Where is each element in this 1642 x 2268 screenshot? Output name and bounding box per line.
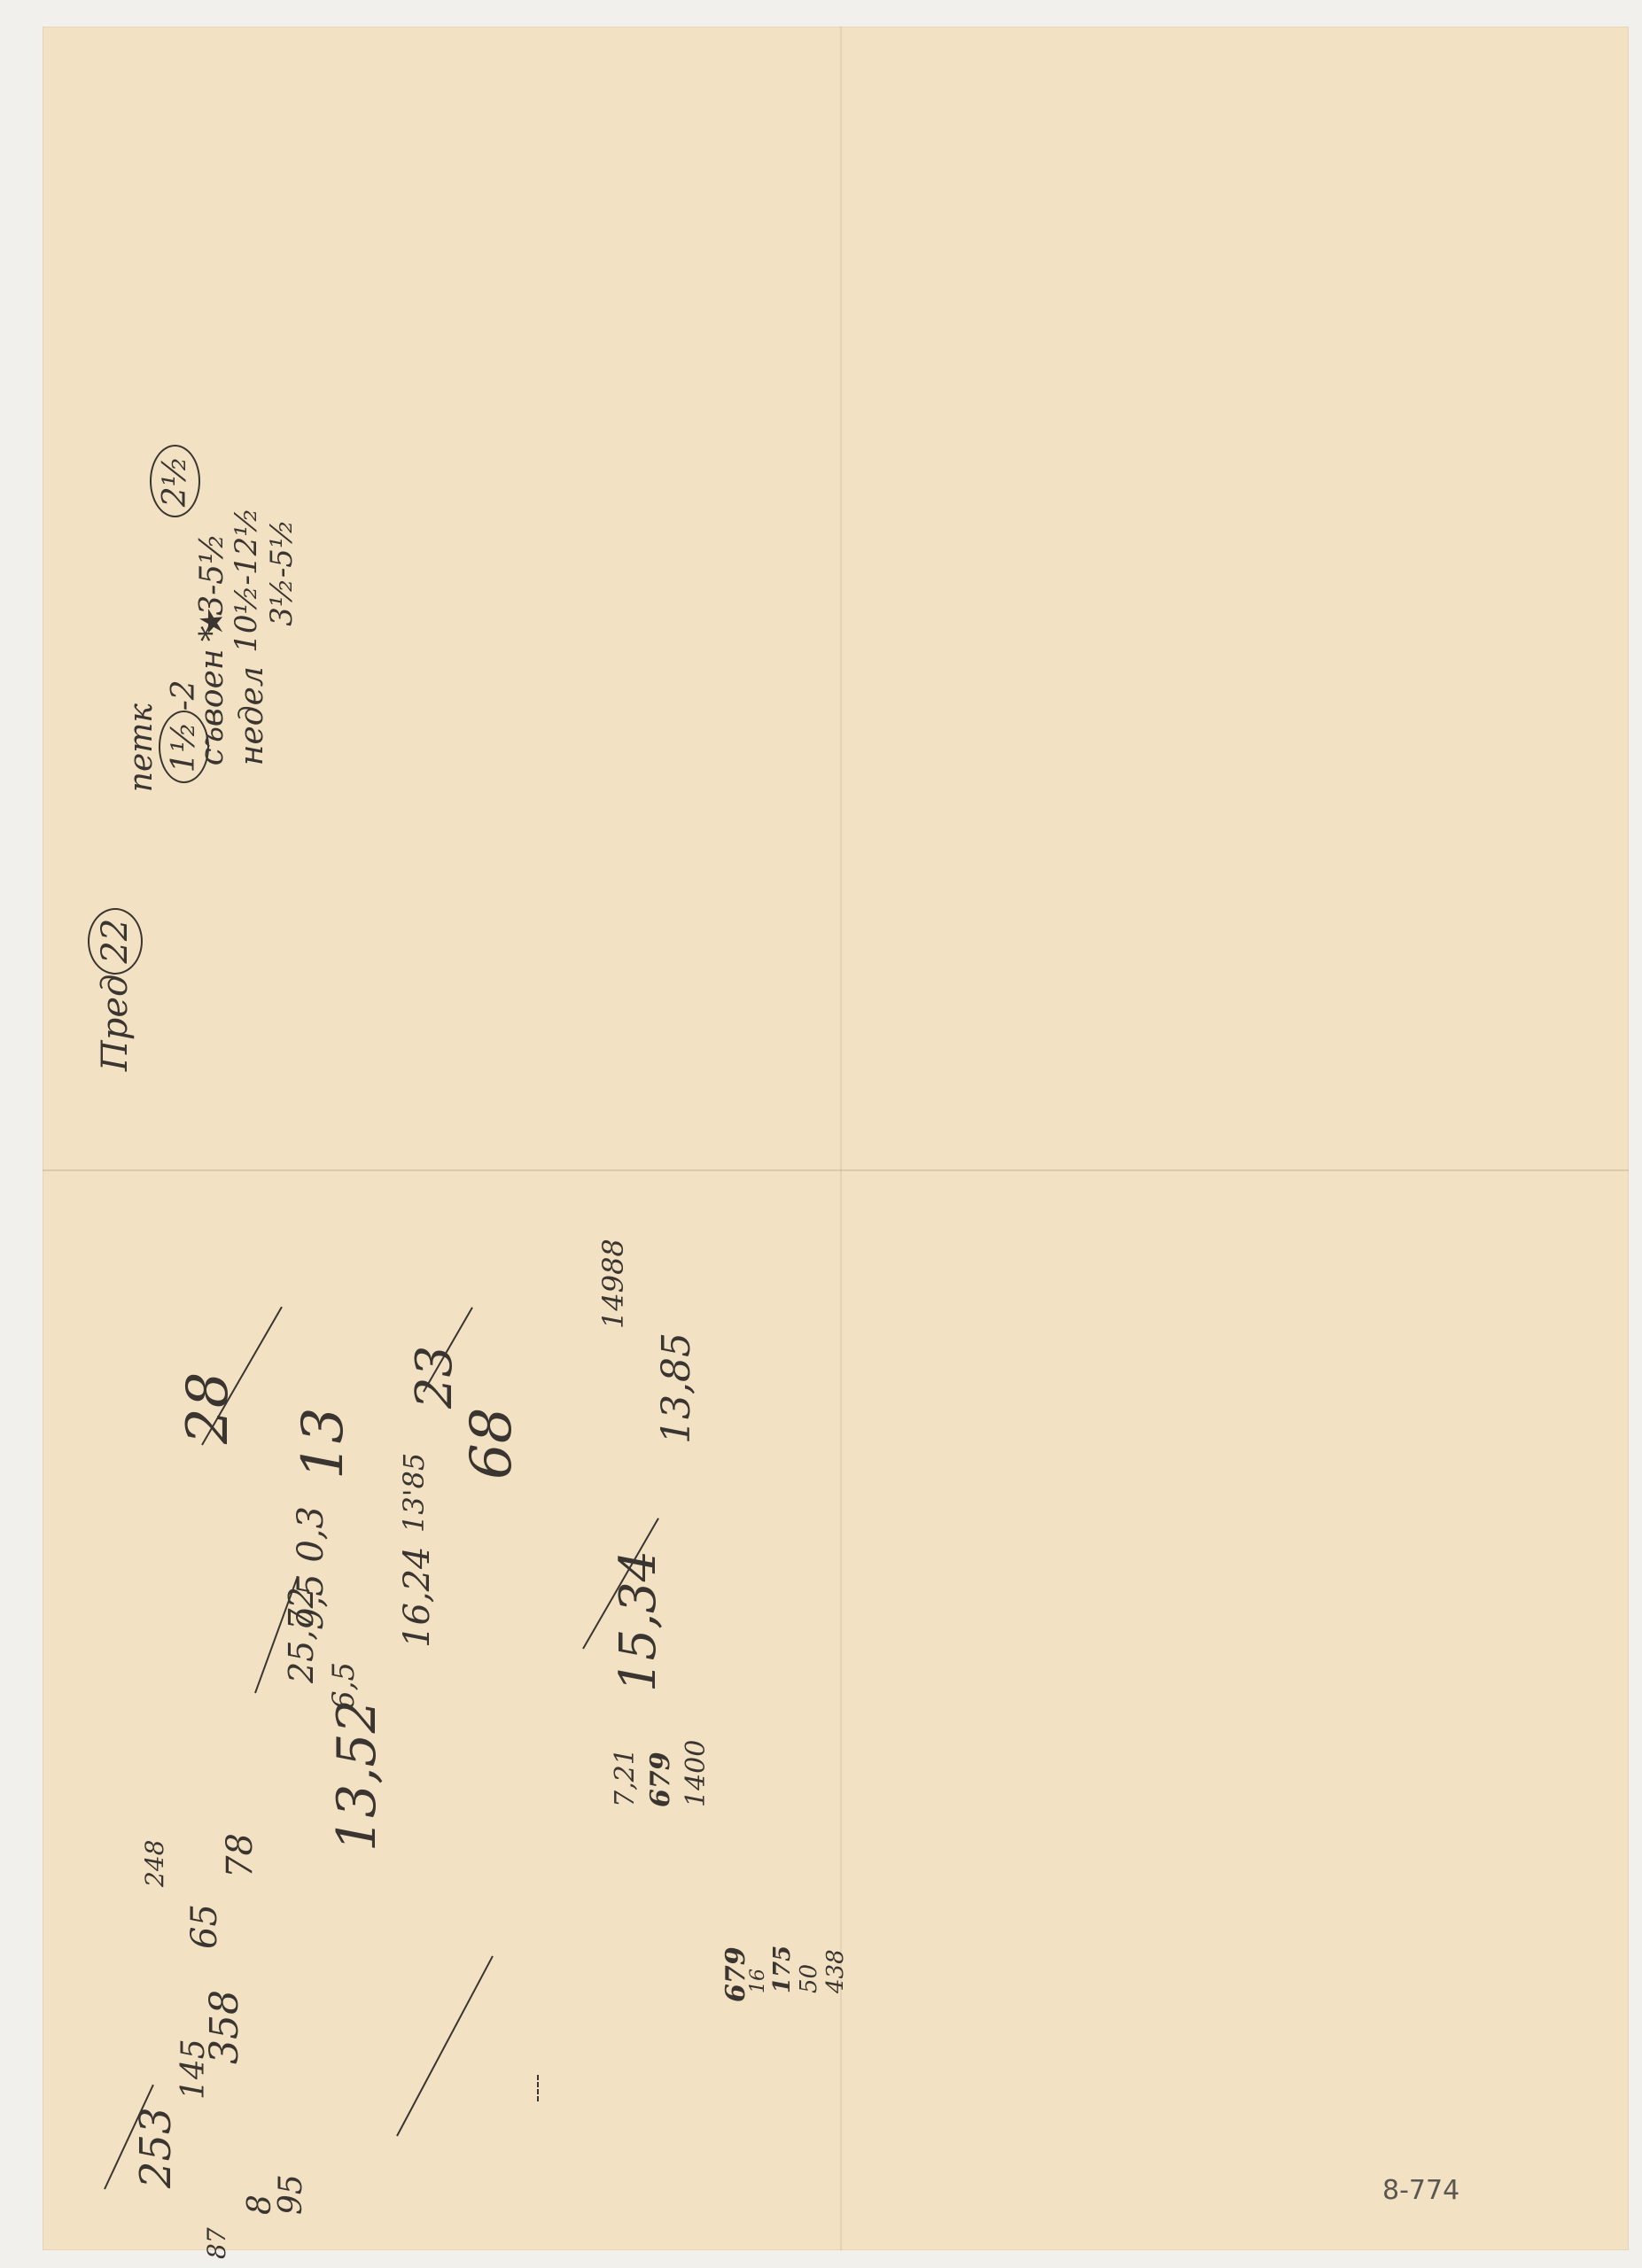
calc-13: 13 [291,1408,356,1480]
calc-68: 68 [459,1408,525,1480]
note-pred: Пред22 [47,908,183,1116]
calc-1400: 1400 [681,1740,712,1807]
fold-line-horizontal [43,1169,1629,1171]
calc-248: 248 [140,1840,169,1887]
calc-23: 23 [406,1346,463,1409]
calc-65: 65 [184,1904,225,1949]
calc-13-85-b: 13'85 [397,1453,431,1533]
calc-13-85-a: 13,85 [654,1332,699,1444]
note-range-3: 3½-5½ [229,519,335,664]
calc-253: 253 [131,2107,181,2188]
calc-16-24: 16,24 [397,1546,438,1648]
calc-13-52: 13,52 [326,1699,388,1852]
note-circled-2-half: 2½ [113,445,237,558]
paper-sheet: Пред22 петк 1½-2 съвоен ★ недел * 3-5½ 1… [43,27,1629,2250]
calc-8: 8 [242,2194,278,2215]
calc-15-34: 15,34 [610,1550,667,1692]
calc-95: 95 [273,2174,309,2215]
calc-78: 78 [220,1833,261,1878]
calc-679-b: 679 [720,1946,751,2002]
wavy-marks [537,2075,541,2101]
calc-175: 175 [769,1946,796,1993]
calc-87: 87 [202,2227,231,2259]
calc-14988: 14988 [596,1239,630,1329]
calc-50: 50 [796,1964,822,1993]
archive-number: 8-774 [1382,2175,1459,2206]
fold-line-vertical [840,27,842,2250]
calc-145: 145 [175,2039,212,2100]
long-stroke [396,1955,494,2136]
calc-7-21: 7,21 [610,1748,641,1807]
calc-679-a: 679 [645,1751,676,1807]
calc-438: 438 [822,1949,849,1993]
